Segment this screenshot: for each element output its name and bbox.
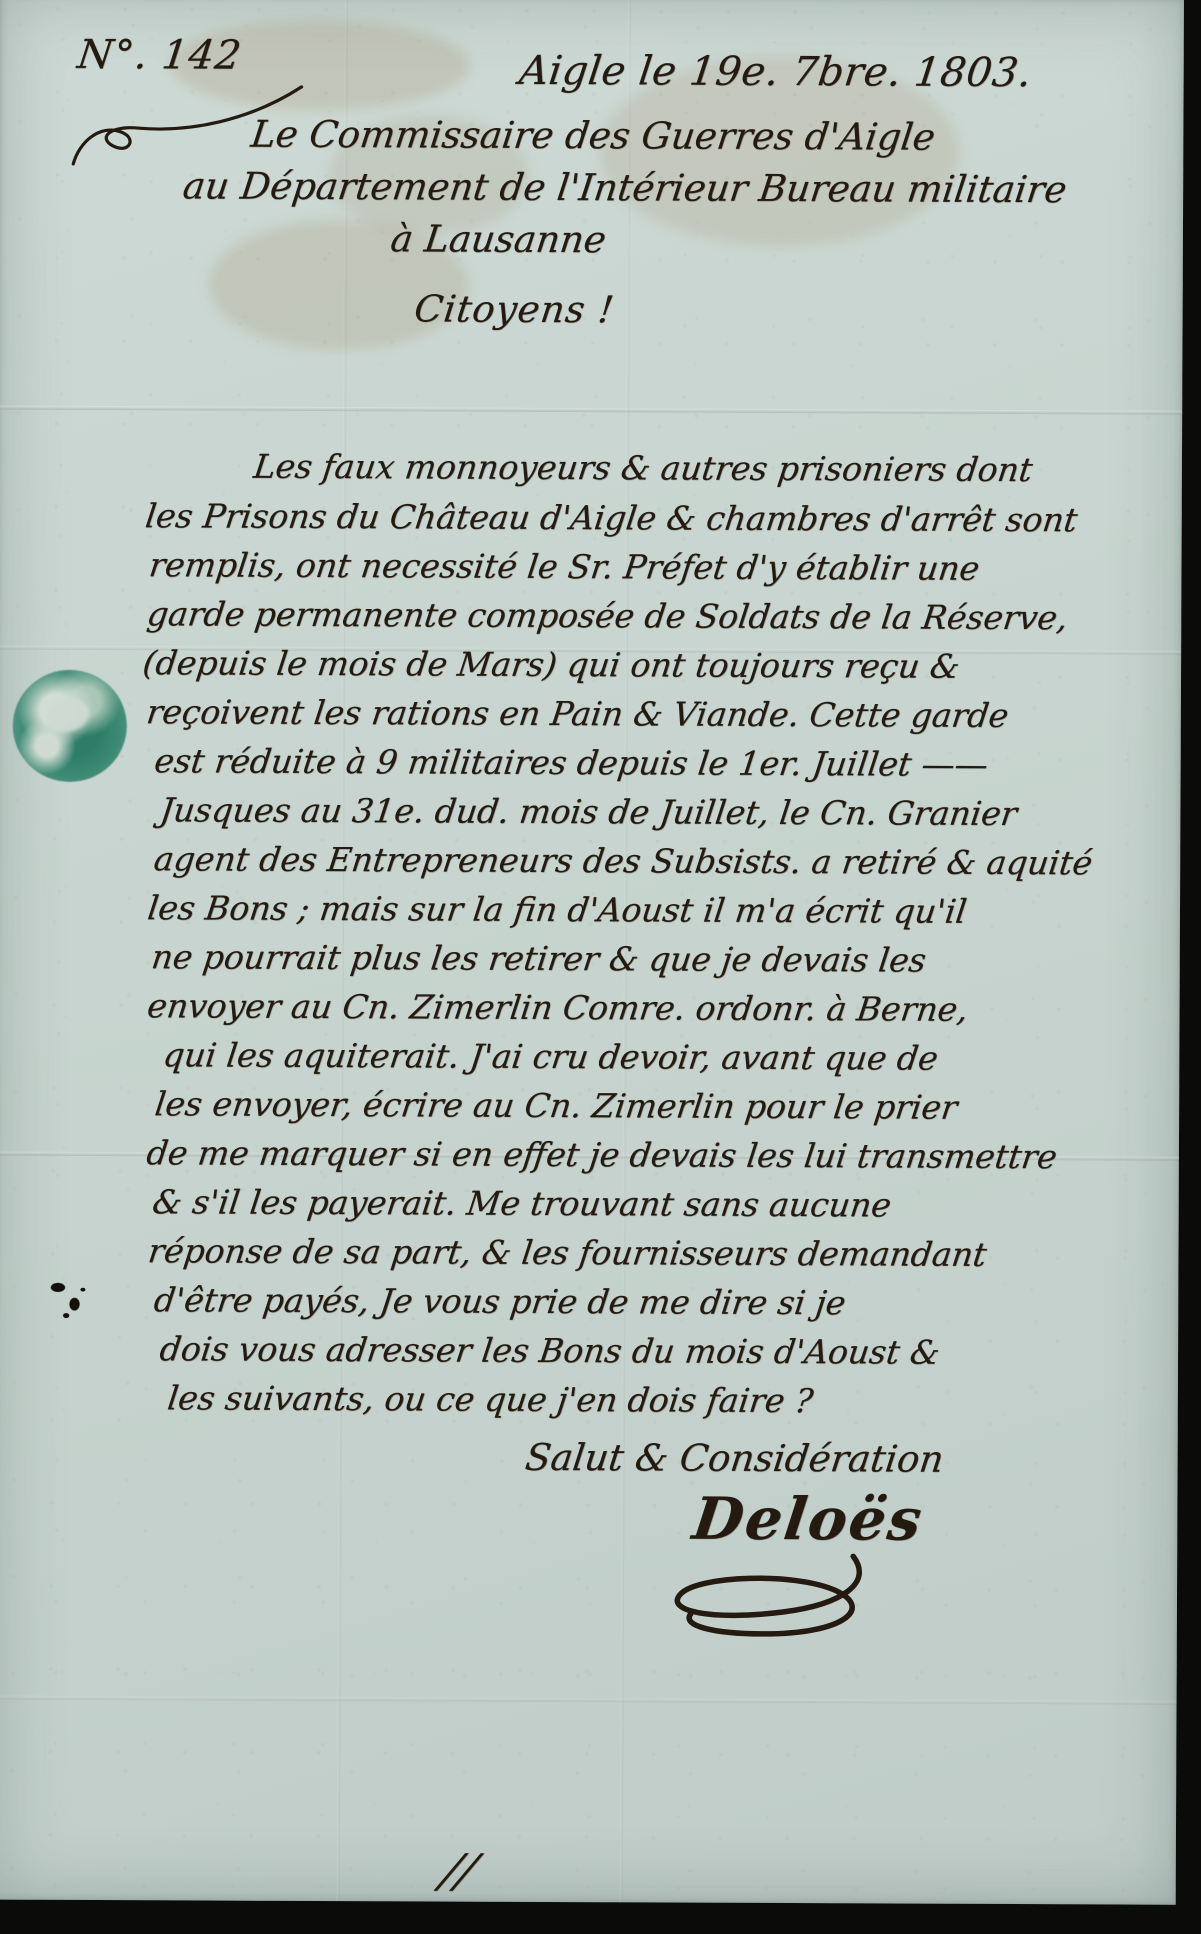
body-line: dois vous adresser les Bons du mois d'Ao… (158, 1329, 942, 1371)
body-line: ne pourrait plus les retirer & que je de… (149, 937, 928, 979)
closing-salutation: Salut & Considération (523, 1436, 946, 1481)
body-line: reçoivent les rations en Pain & Viande. … (144, 692, 1010, 735)
fold-crease (0, 1696, 1177, 1705)
page-mark: // (435, 1844, 484, 1898)
body-line: & s'il les payerait. Me trouvant sans au… (150, 1182, 893, 1224)
body-line: garde permanente composée de Soldats de … (145, 594, 1070, 637)
body-line: est réduite à 9 militaires depuis le 1er… (152, 741, 990, 784)
body-line: d'être payés, Je vous prie de me dire si… (152, 1280, 848, 1322)
letter-paper: N°. 142 Aigle le 19e. 7bre. 1803. Le Com… (0, 0, 1184, 1905)
green-wax-seal-icon (13, 670, 127, 782)
ink-blot-icon (42, 1272, 94, 1324)
body-line: envoyer au Cn. Zimerlin Comre. ordonr. à… (145, 986, 970, 1029)
body-line: agent des Entrepreneurs des Subsists. a … (152, 839, 1095, 882)
sender-line-2: au Département de l'Intérieur Bureau mil… (180, 164, 1069, 211)
signature-paraph-icon (603, 1541, 904, 1662)
body-line: les Prisons du Château d'Aigle & chambre… (143, 496, 1079, 539)
body-line: les Bons ; mais sur la fin d'Aoust il m'… (146, 888, 969, 931)
fold-crease (0, 406, 1182, 415)
body-line: qui les aquiterait. J'ai cru devoir, ava… (161, 1035, 940, 1077)
seal-paper-patch (47, 698, 89, 732)
sender-line-1: Le Commissaire des Guerres d'Aigle (249, 113, 938, 159)
salutation: Citoyens ! (412, 287, 617, 331)
body-line: Les faux monnoyeurs & autres prisoniers … (251, 447, 1034, 489)
body-line: remplis, ont necessité le Sr. Préfet d'y… (147, 545, 982, 588)
body-line: les envoyer, écrire au Cn. Zimerlin pour… (153, 1084, 960, 1126)
body-line: de me marquer si en effet je devais les … (144, 1133, 1059, 1176)
body-line: les suivants, ou ce que j'en dois faire … (165, 1378, 815, 1420)
body-line: réponse de sa part, & les fournisseurs d… (146, 1231, 989, 1274)
body-line: Jusques au 31e. dud. mois de Juillet, le… (158, 790, 1019, 833)
scan-background: { "colors": { "background": "#0b0b0a", "… (0, 0, 1201, 1934)
body-line: (depuis le mois de Mars) qui ont toujour… (141, 643, 962, 686)
dateline: Aigle le 19e. 7bre. 1803. (517, 48, 1035, 96)
registry-number: N°. 142 (75, 32, 245, 79)
sender-line-3: à Lausanne (388, 217, 608, 261)
